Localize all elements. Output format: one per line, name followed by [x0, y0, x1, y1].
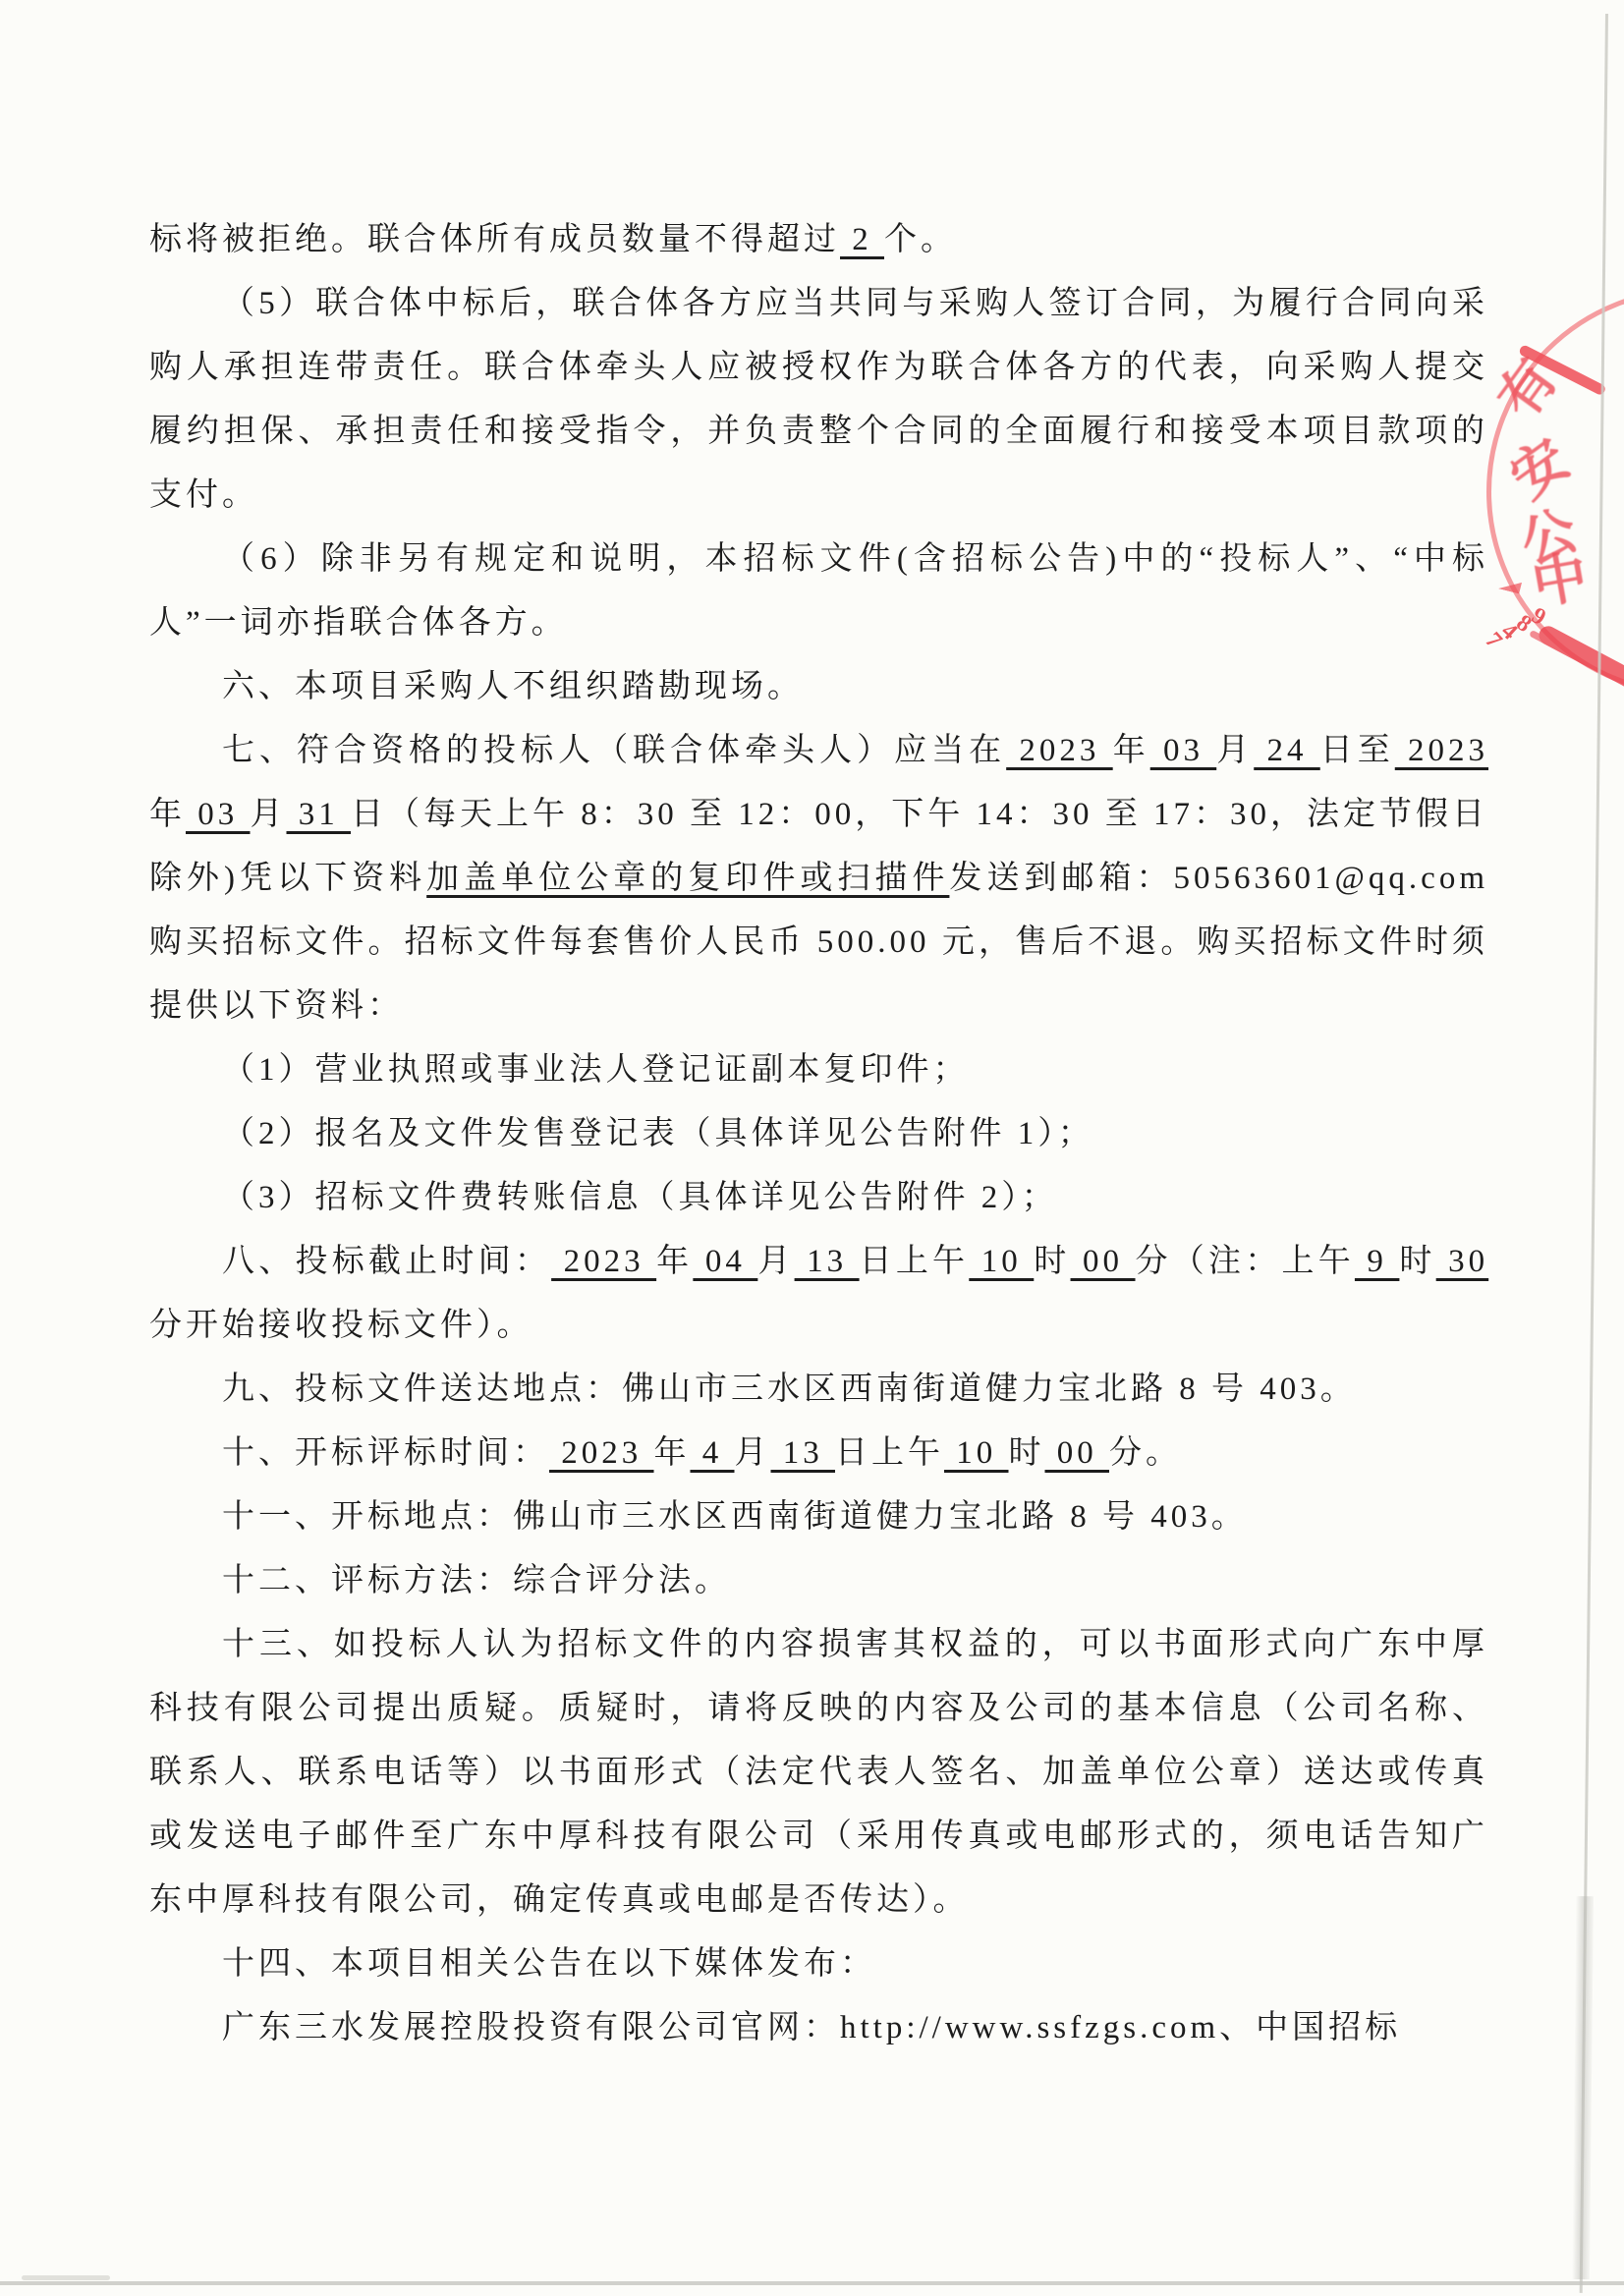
underlined-value: 9	[1355, 1244, 1399, 1279]
document-paragraph-16: 广东三水发展控股投资有限公司官网：http://www.ssfzgs.com、中…	[149, 1996, 1488, 2060]
underlined-value: 30	[1436, 1244, 1489, 1279]
document-paragraph-11: 十、开标评标时间： 2023 年 4 月 13 日上午 10 时 00 分。	[149, 1422, 1488, 1485]
underlined-value: 2023	[549, 1435, 654, 1471]
document-paragraph-13: 十二、评标方法：综合评分法。	[149, 1549, 1488, 1613]
text-run: 十三、如投标人认为招标文件的内容损害其权益的，可以书面形式向广东中厚科技有限公司…	[149, 1627, 1488, 1918]
document-paragraph-7: （2）报名及文件发售登记表（具体详见公告附件 1）；	[149, 1102, 1488, 1166]
document-paragraph-4: 六、本项目采购人不组织踏勘现场。	[149, 655, 1488, 719]
underlined-value: 03	[186, 797, 251, 832]
underlined-value: 24	[1254, 733, 1320, 768]
text-run: 十、开标评标时间：	[222, 1435, 549, 1471]
underlined-value: 03	[1150, 733, 1217, 768]
stamp-character-fragment: 中	[1529, 550, 1593, 614]
underlined-value: 2023	[1395, 733, 1488, 768]
stamp-character-fragment: 安	[1502, 431, 1579, 508]
text-run: 六、本项目采购人不组织踏勘现场。	[222, 669, 804, 704]
text-run: 日上午	[835, 1435, 944, 1471]
stamp-ink-mark	[1498, 578, 1522, 594]
text-run: 日至	[1320, 733, 1395, 768]
stamp-digit: 8	[1512, 611, 1536, 637]
scan-edge-shadow	[1572, 1896, 1594, 2279]
scan-smudge	[22, 2275, 110, 2280]
text-run: 标将被拒绝。联合体所有成员数量不得超过	[149, 222, 840, 257]
underlined-value: 13	[795, 1244, 860, 1279]
underlined-value: 10	[969, 1244, 1034, 1279]
text-run: 时	[1009, 1435, 1045, 1471]
stamp-digit: 9	[1528, 604, 1549, 631]
underlined-value: 00	[1045, 1435, 1110, 1471]
document-paragraph-10: 九、投标文件送达地点：佛山市三水区西南街道健力宝北路 8 号 403。	[149, 1358, 1488, 1422]
text-run: 个。	[884, 222, 957, 257]
text-run: 分（注：上午	[1136, 1244, 1355, 1279]
text-run: （3）招标文件费转账信息（具体详见公告附件 2）；	[222, 1180, 1058, 1215]
document-paragraph-9: 八、投标截止时间： 2023 年 04 月 13 日上午 10 时 00 分（注…	[149, 1230, 1488, 1358]
text-run: 年	[654, 1435, 691, 1471]
text-run: 八、投标截止时间：	[222, 1244, 551, 1279]
document-paragraph-6: （1）营业执照或事业法人登记证副本复印件；	[149, 1038, 1488, 1102]
underlined-value: 10	[944, 1435, 1009, 1471]
text-run: 分。	[1109, 1435, 1182, 1471]
stamp-digit: 4	[1497, 619, 1522, 644]
text-run: 七、符合资格的投标人（联合体牵头人）应当在	[222, 733, 1006, 768]
document-paragraph-2: （5）联合体中标后，联合体各方应当共同与采购人签订合同，为履行合同向采购人承担连…	[149, 272, 1488, 528]
document-paragraph-8: （3）招标文件费转账信息（具体详见公告附件 2）；	[149, 1166, 1488, 1230]
text-run: 月	[757, 1244, 794, 1279]
stamp-character-fragment: 有	[1490, 351, 1567, 427]
document-paragraph-12: 十一、开标地点：佛山市三水区西南街道健力宝北路 8 号 403。	[149, 1485, 1488, 1549]
text-run: （6）除非另有规定和说明，本招标文件(含招标公告)中的“投标人”、“中标人”一词…	[149, 541, 1488, 641]
underlined-value: 4	[691, 1435, 735, 1471]
underlined-value: 2023	[1006, 733, 1113, 768]
text-run: 时	[1034, 1244, 1070, 1279]
document-paragraph-1: 标将被拒绝。联合体所有成员数量不得超过 2 个。	[149, 208, 1488, 272]
scan-bottom-line	[0, 2281, 1624, 2285]
text-run: 日上午	[860, 1244, 970, 1279]
stamp-character-fragment: 公	[1514, 503, 1586, 575]
text-run: 年	[1113, 733, 1150, 768]
document-paragraph-5: 七、符合资格的投标人（联合体牵头人）应当在 2023 年 03 月 24 日至 …	[149, 719, 1488, 1038]
text-run: 十二、评标方法：综合评分法。	[222, 1563, 731, 1598]
underlined-value: 13	[771, 1435, 836, 1471]
text-run: 月	[735, 1435, 771, 1471]
text-run: 年	[656, 1244, 693, 1279]
text-run: 月	[251, 797, 287, 832]
text-run: 十一、开标地点：佛山市三水区西南街道健力宝北路 8 号 403。	[222, 1499, 1248, 1535]
underlined-value: 04	[693, 1244, 757, 1279]
underlined-value: 加盖单位公章的复印件或扫描件	[426, 861, 949, 896]
text-run: （5）联合体中标后，联合体各方应当共同与采购人签订合同，为履行合同向采购人承担连…	[149, 286, 1488, 513]
text-run: 十四、本项目相关公告在以下媒体发布：	[222, 1946, 876, 1982]
document-paragraph-15: 十四、本项目相关公告在以下媒体发布：	[149, 1932, 1488, 1996]
stamp-ink-mark	[1536, 623, 1624, 691]
underlined-value: 2	[840, 222, 884, 257]
document-paragraph-14: 十三、如投标人认为招标文件的内容损害其权益的，可以书面形式向广东中厚科技有限公司…	[149, 1613, 1488, 1932]
text-run: 广东三水发展控股投资有限公司官网：http://www.ssfzgs.com、中…	[222, 2010, 1401, 2045]
underlined-value: 00	[1071, 1244, 1136, 1279]
text-run: 时	[1399, 1244, 1435, 1279]
document-body: 标将被拒绝。联合体所有成员数量不得超过 2 个。（5）联合体中标后，联合体各方应…	[149, 208, 1488, 2060]
stamp-ink-mark	[1518, 344, 1607, 396]
scanned-document-page: 标将被拒绝。联合体所有成员数量不得超过 2 个。（5）联合体中标后，联合体各方应…	[0, 0, 1624, 2296]
text-run: 年	[149, 797, 186, 832]
text-run: 分开始接收投标文件）。	[149, 1308, 533, 1343]
underlined-value: 2023	[551, 1244, 656, 1279]
text-run: （2）报名及文件发售登记表（具体详见公告附件 1）；	[222, 1116, 1094, 1151]
text-run: 九、投标文件送达地点：佛山市三水区西南街道健力宝北路 8 号 403。	[222, 1372, 1357, 1407]
underlined-value: 31	[287, 797, 352, 832]
text-run: 月	[1216, 733, 1254, 768]
text-run: （1）营业执照或事业法人登记证副本复印件；	[222, 1052, 970, 1088]
document-paragraph-3: （6）除非另有规定和说明，本招标文件(含招标公告)中的“投标人”、“中标人”一词…	[149, 528, 1488, 655]
